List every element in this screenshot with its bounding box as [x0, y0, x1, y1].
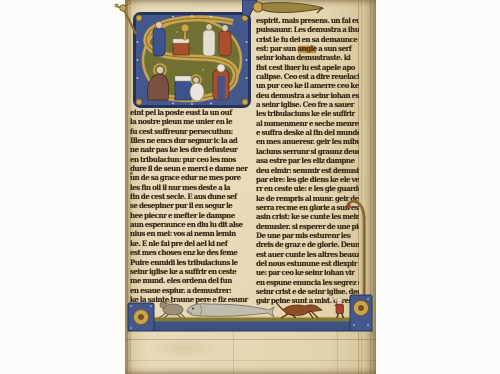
- manuscript-photo: eint pel la poste eust la un oufla nostr…: [0, 0, 500, 374]
- manuscript-text-line: crist le fu dei en sa demaunce: [256, 35, 359, 44]
- top-left-finial: [112, 0, 140, 38]
- ruling-horizontal: [125, 339, 376, 340]
- manuscript-text-line: rr en ceste uie: e les gie guarderir: [256, 184, 359, 193]
- manuscript-text-line: en tribulaciun: pur ceo les mos: [130, 155, 251, 164]
- hare-figure: [159, 300, 185, 318]
- manuscript-text-line: me mund. eles ordena del fun: [130, 276, 251, 285]
- manuscript-text-line: laciuns serrunr si graunz deue: [256, 147, 359, 156]
- manuscript-text-line: puissaunr. Les demustra a ihu: [256, 25, 359, 34]
- manuscript-text-line: un pur ceo ke il amerre ceo ke: [256, 81, 359, 90]
- manuscript-text-line: est: par sun angle a sun serf: [256, 44, 359, 53]
- manuscript-text-line: est mes choses enz ke des feme: [130, 248, 251, 257]
- manuscript-text-line: asa estre par les eliz dampne: [256, 156, 359, 165]
- manuscript-text-line: les fin oil il nur mes deste a la: [130, 183, 251, 192]
- manuscript-text-line: e suffra deske al fin del munde: [256, 128, 359, 137]
- manuscript-text-line: dure il de seun e merci e dame ner: [130, 164, 251, 173]
- text-column-left: eint pel la poste eust la un oufla nostr…: [130, 108, 251, 304]
- manuscript-text-line: deu demustra a seinr iohan est: [256, 91, 359, 100]
- manuscript-text-line: les tribulaciuns ke ele suffrir: [256, 109, 359, 118]
- manuscript-text-line: deu elmir: semmir est demusira: [256, 166, 359, 175]
- manuscript-text-line: ke. E nle fai pre del ael ki nef: [130, 239, 251, 248]
- manuscript-text-line: fu cest suffreunr persecutiun:: [130, 127, 251, 136]
- manuscript-text-line: seinr iglise ke a suffrir en ceste: [130, 267, 251, 276]
- manuscript-text-line: se desepiner pur il en segur le: [130, 201, 251, 210]
- manuscript-text-line: la nostre pieun me unier en le: [130, 117, 251, 126]
- right-medallion: [350, 292, 372, 331]
- left-medallion: [128, 303, 154, 331]
- historiated-initial: [133, 12, 251, 108]
- manuscript-text-line: en mes anueresr. geir les mibu: [256, 137, 359, 146]
- gold-finial-icon: [112, 0, 140, 38]
- manuscript-text-line: al numenmenr e seche menre: [256, 119, 359, 128]
- manuscript-text-line: ne nair pas ke les dre defusteur: [130, 145, 251, 154]
- manuscript-text-line: hee piecnr e mefter le dampne: [130, 211, 251, 220]
- manuscript-text-line: a seinr iglise. Ceo fre a sauer: [256, 100, 359, 109]
- manuscript-text-line: Puire enmidi les tribulaciuns le: [130, 258, 251, 267]
- bas-de-page-icon: [125, 292, 375, 338]
- manuscript-text-line: Illes ne encs dur segnur ic la ad: [130, 136, 251, 145]
- manuscript-text-line: seinr iohan demustraste. ki: [256, 53, 359, 62]
- manuscript-text-line: nius en mei: vos ai nemn lemin: [130, 229, 251, 238]
- ruling-horizontal: [125, 360, 376, 361]
- top-antenna: [242, 0, 326, 24]
- manuscript-text-line: calipse. Ceo est a dire reuelaci: [256, 72, 359, 81]
- huntsman-figure: [332, 297, 344, 318]
- manuscript-text-line: eint pel la poste eust la un ouf: [130, 108, 251, 117]
- manuscript-text-line: fist cest liuer iu est apele apo: [256, 63, 359, 72]
- manuscript-text-line: fin de cest secle. E aus dune sef: [130, 192, 251, 201]
- manuscript-text-line: un de sa grace edur ne mes pore: [130, 173, 251, 182]
- fish-figure: [187, 304, 274, 317]
- initial-letter-s-icon: [133, 12, 251, 108]
- hound-figure: [276, 302, 322, 318]
- manuscript-text-line: par eire: les gie diens ke ele ver: [256, 175, 359, 184]
- bas-de-page: [125, 292, 375, 338]
- manuscript-text-line: aun esperaunce en diu lu dit alse: [130, 220, 251, 229]
- gold-horn-icon: [242, 0, 326, 24]
